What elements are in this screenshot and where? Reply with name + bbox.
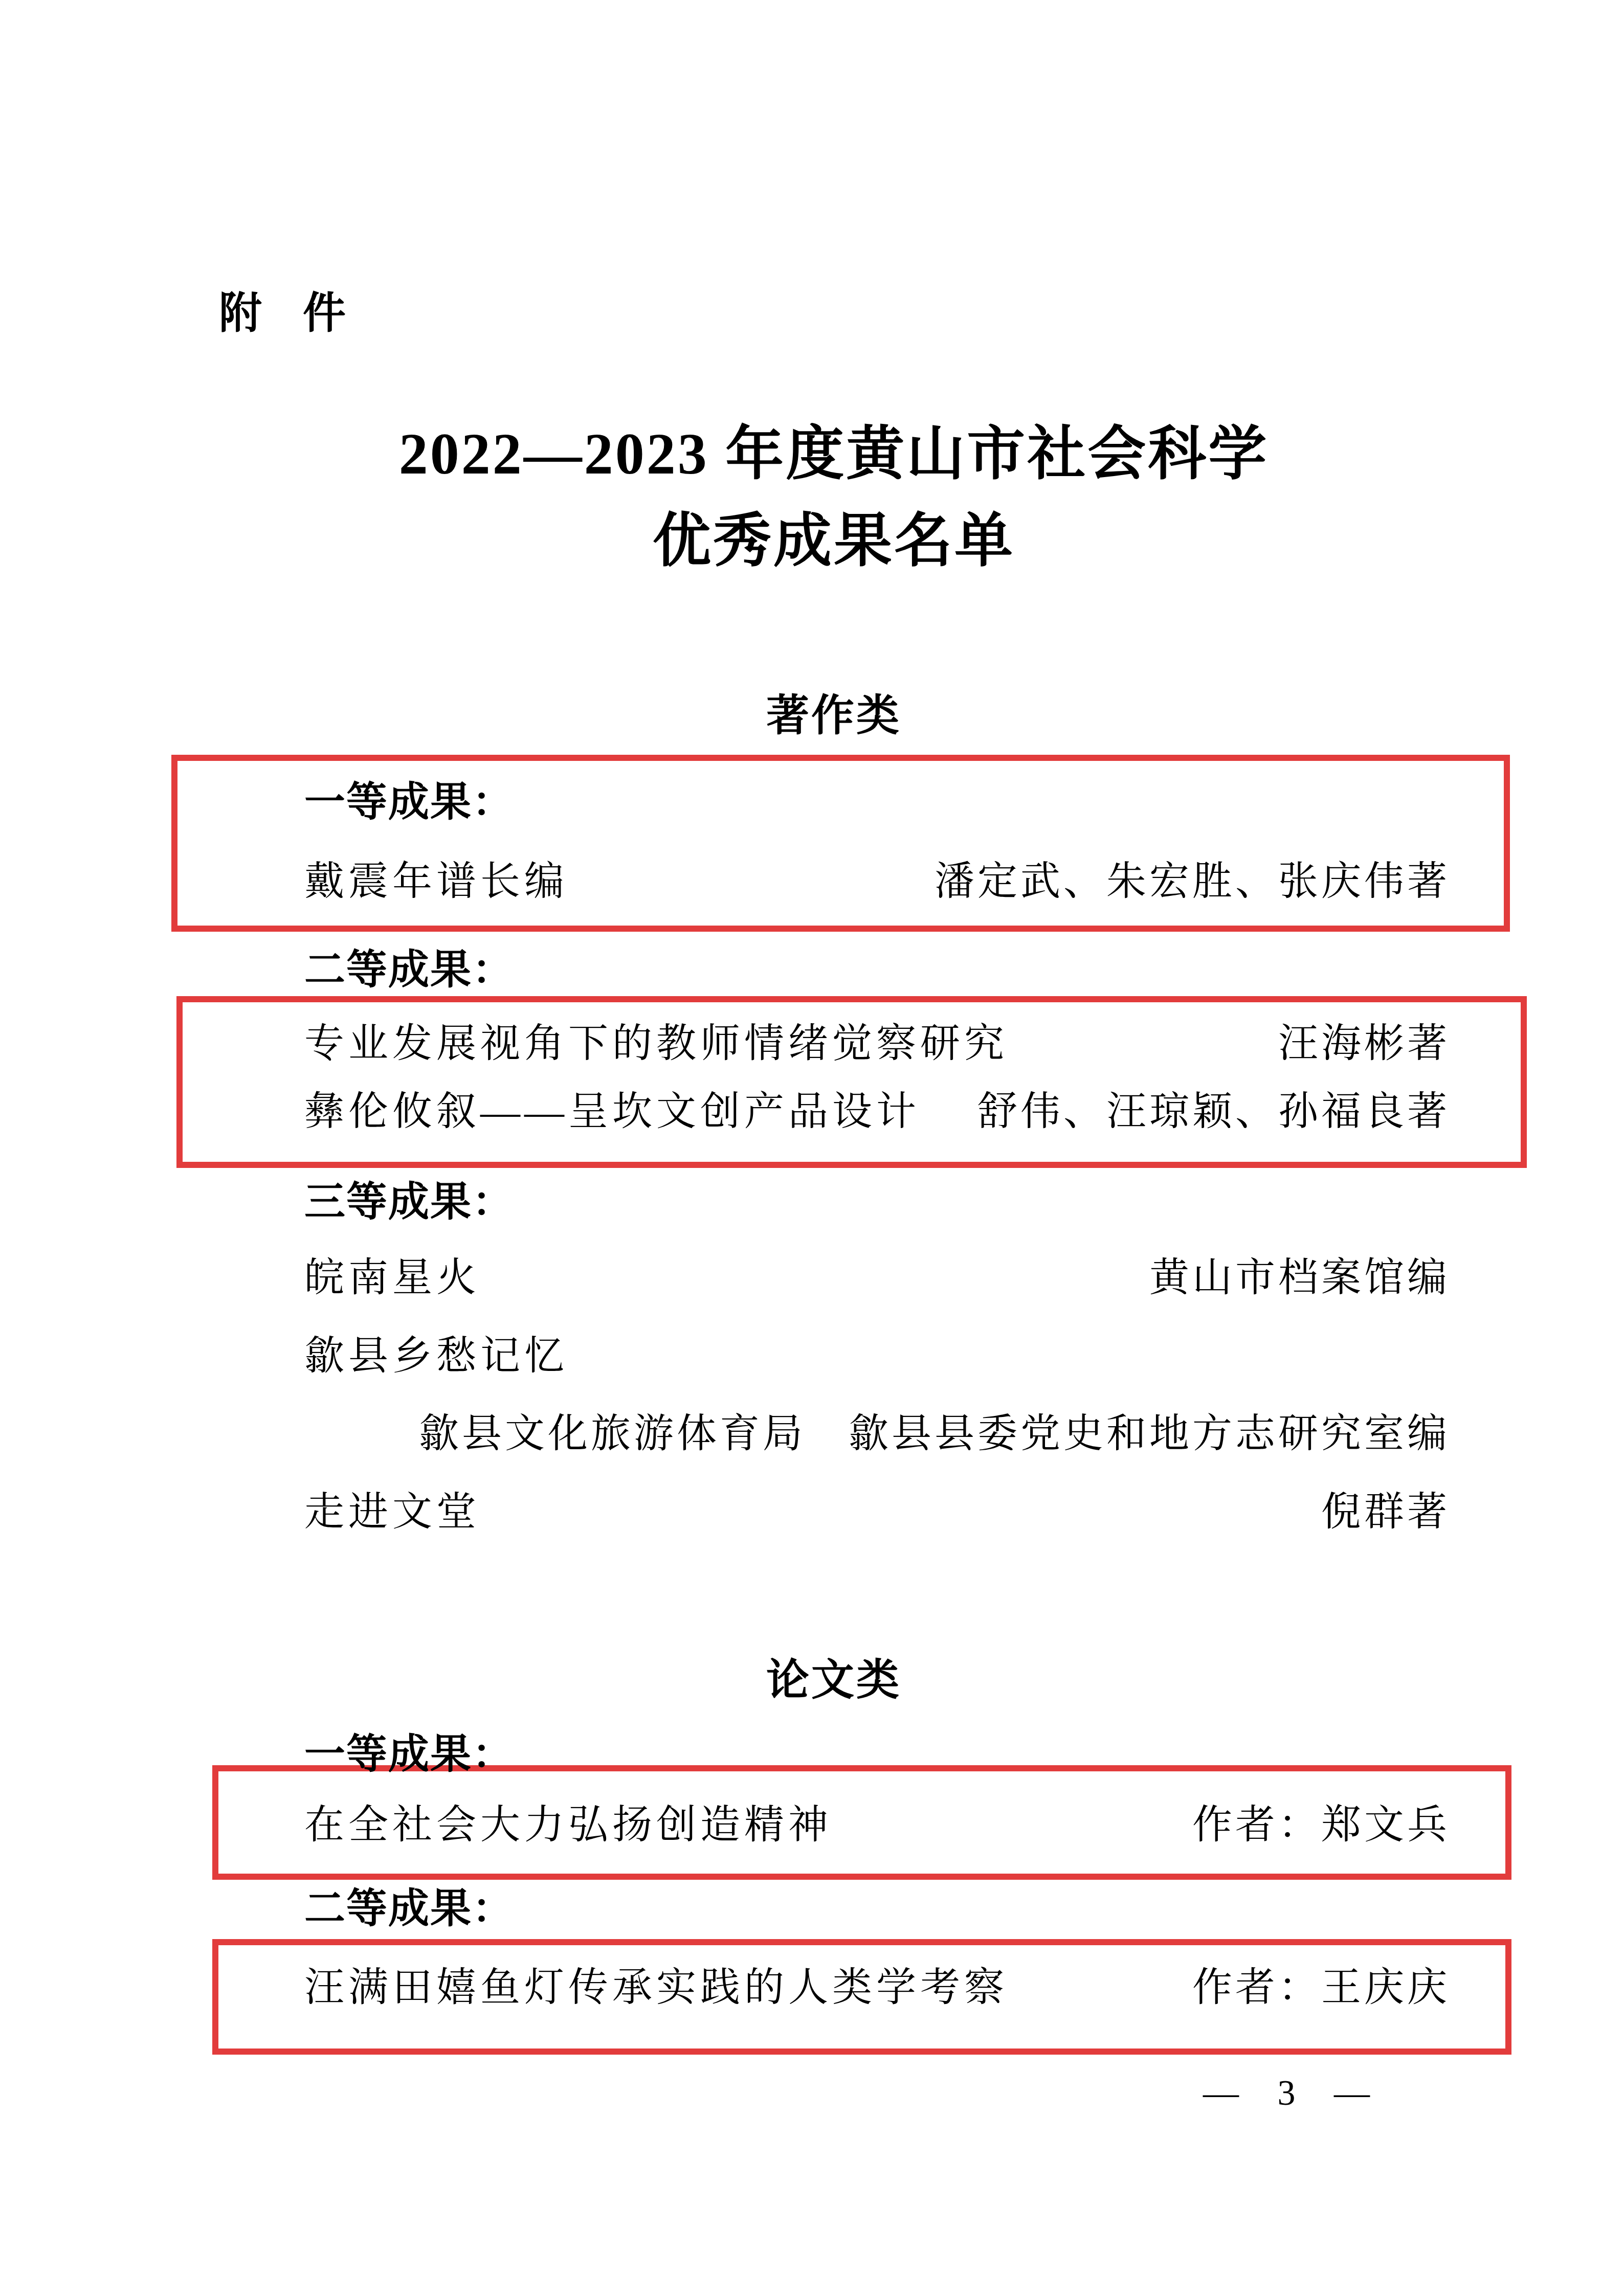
title-line-2: 优秀成果名单 [171,498,1496,584]
work-title: 歙县乡愁记忆 [304,1333,568,1380]
work-title: 戴震年谱长编 [304,858,568,905]
award-item-row: 走进文堂 倪群著 [304,1489,1450,1536]
work-credit: 汪海彬著 [1278,1020,1450,1067]
award-item-row: 在全社会大力弘扬创造精神 作者：郑文兵 [304,1802,1450,1849]
work-credit: 舒伟、汪琼颖、孙福良著 [977,1088,1450,1135]
prize-level-label-works-first: 一等成果： [304,779,514,826]
award-item-row: 彝伦攸叙——呈坎文创产品设计 舒伟、汪琼颖、孙福良著 [304,1088,1450,1135]
award-item-row: 皖南星火 黄山市档案馆编 [304,1254,1450,1301]
prize-level-label-works-third: 三等成果： [304,1179,514,1226]
paper-credit: 作者：郑文兵 [1192,1802,1450,1849]
attachment-label: 附件 [219,289,387,336]
award-item-row: 戴震年谱长编 潘定武、朱宏胜、张庆伟著 [304,858,1450,905]
work-credit: 歙县文化旅游体育局 歙县县委党史和地方志研究室编 [419,1410,1450,1457]
work-credit: 黄山市档案馆编 [1149,1254,1450,1301]
paper-credit: 作者：王庆庆 [1192,1964,1450,2011]
work-credit: 潘定武、朱宏胜、张庆伟著 [935,858,1450,905]
work-credit: 倪群著 [1321,1489,1450,1536]
title-line-1: 2022—2023 年度黄山市社会科学 [171,411,1496,498]
work-title: 彝伦攸叙——呈坎文创产品设计 [304,1088,920,1135]
document-title: 2022—2023 年度黄山市社会科学 优秀成果名单 [171,411,1496,584]
award-item-row: 歙县乡愁记忆 [304,1333,1450,1380]
prize-level-label-papers-first: 一等成果： [304,1731,514,1778]
section-heading-papers: 论文类 [171,1656,1496,1703]
paper-title: 汪满田嬉鱼灯传承实践的人类学考察 [304,1964,1008,2011]
document-page: 附件 2022—2023 年度黄山市社会科学 优秀成果名单 著作类 一等成果： … [0,0,1624,2296]
award-item-row: 歙县文化旅游体育局 歙县县委党史和地方志研究室编 [304,1410,1450,1457]
work-title: 皖南星火 [304,1254,480,1301]
award-item-row: 专业发展视角下的教师情绪觉察研究 汪海彬著 [304,1020,1450,1067]
work-title: 专业发展视角下的教师情绪觉察研究 [304,1020,1008,1067]
section-heading-works: 著作类 [171,692,1496,739]
prize-level-label-papers-second: 二等成果： [304,1885,514,1932]
paper-title: 在全社会大力弘扬创造精神 [304,1802,832,1849]
award-item-row: 汪满田嬉鱼灯传承实践的人类学考察 作者：王庆庆 [304,1964,1450,2011]
work-title: 走进文堂 [304,1489,480,1536]
prize-level-label-works-second: 二等成果： [304,947,514,994]
page-number: — 3 — [1203,2073,1381,2114]
